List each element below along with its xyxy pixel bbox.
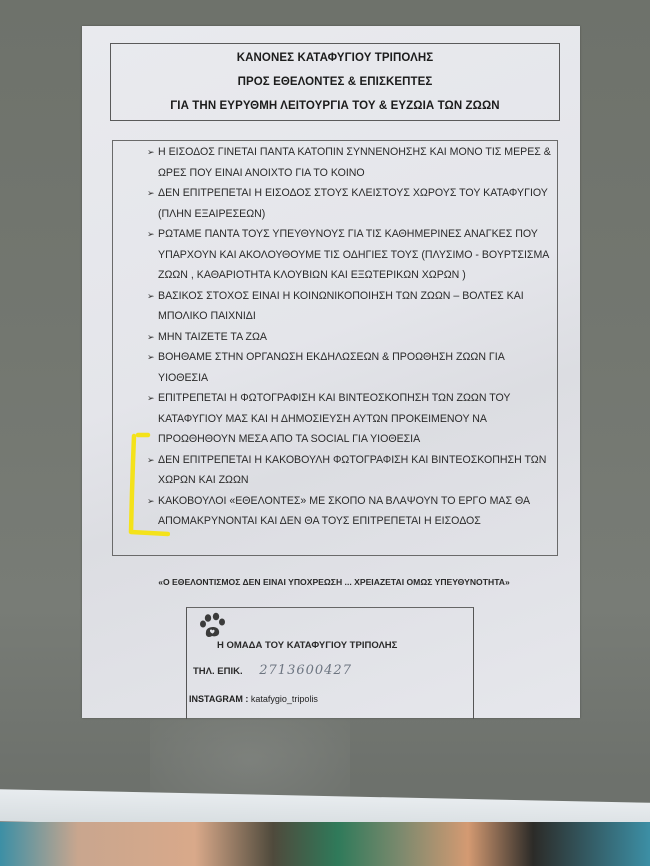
team-name: Η ΟΜΑΔΑ ΤΟΥ ΚΑΤΑΦΥΓΙΟΥ ΤΡΙΠΟΛΗΣ xyxy=(217,640,397,651)
rule-item: ➢ΔΕΝ ΕΠΙΤΡΕΠΕΤΑΙ Η ΚΑΚΟΒΟΥΛΗ ΦΩΤΟΓΡΑΦΙΣΗ… xyxy=(158,450,553,491)
rule-text: ΔΕΝ ΕΠΙΤΡΕΠΕΤΑΙ Η ΕΙΣΟΔΟΣ ΣΤΟΥΣ ΚΛΕΙΣΤΟΥ… xyxy=(158,187,548,220)
rule-item: ➢ΒΟΗΘΑΜΕ ΣΤΗΝ ΟΡΓΑΝΩΣΗ ΕΚΔΗΛΩΣΕΩΝ & ΠΡΟΩ… xyxy=(158,347,553,388)
instagram-row: INSTAGRAM : katafygio_tripolis xyxy=(189,694,318,704)
rule-text: ΚΑΚΟΒΟΥΛΟΙ «ΕΘΕΛΟΝΤΕΣ» ΜΕ ΣΚΟΠΟ ΝΑ ΒΛΑΨΟ… xyxy=(158,495,530,528)
rule-item: ➢ΚΑΚΟΒΟΥΛΟΙ «ΕΘΕΛΟΝΤΕΣ» ΜΕ ΣΚΟΠΟ ΝΑ ΒΛΑΨ… xyxy=(158,491,553,532)
arrowhead-bullet-icon: ➢ xyxy=(147,388,155,409)
rules-list: ➢Η ΕΙΣΟΔΟΣ ΓΙΝΕΤΑΙ ΠΑΝΤΑ ΚΑΤΟΠΙΝ ΣΥΝΝΕΝΟ… xyxy=(158,141,553,532)
phone-label: ΤΗΛ. ΕΠΙΚ. xyxy=(193,666,243,677)
rule-text: ΒΑΣΙΚΟΣ ΣΤΟΧΟΣ ΕΙΝΑΙ Η ΚΟΙΝΩΝΙΚΟΠΟΙΗΣΗ Τ… xyxy=(158,290,524,323)
instagram-handle: katafygio_tripolis xyxy=(251,694,318,704)
arrowhead-bullet-icon: ➢ xyxy=(147,286,155,307)
arrowhead-bullet-icon: ➢ xyxy=(147,327,155,348)
rule-text: ΔΕΝ ΕΠΙΤΡΕΠΕΤΑΙ Η ΚΑΚΟΒΟΥΛΗ ΦΩΤΟΓΡΑΦΙΣΗ … xyxy=(158,454,546,487)
rule-text: Η ΕΙΣΟΔΟΣ ΓΙΝΕΤΑΙ ΠΑΝΤΑ ΚΑΤΟΠΙΝ ΣΥΝΝΕΝΟΗ… xyxy=(158,146,551,179)
arrowhead-bullet-icon: ➢ xyxy=(147,183,155,204)
arrowhead-bullet-icon: ➢ xyxy=(147,224,155,245)
title-line-1: ΚΑΝΟΝΕΣ ΚΑΤΑΦΥΓΙΟΥ ΤΡΙΠΟΛΗΣ xyxy=(111,46,559,70)
rule-item: ➢ΒΑΣΙΚΟΣ ΣΤΟΧΟΣ ΕΙΝΑΙ Η ΚΟΙΝΩΝΙΚΟΠΟΙΗΣΗ … xyxy=(158,286,553,327)
rule-text: ΒΟΗΘΑΜΕ ΣΤΗΝ ΟΡΓΑΝΩΣΗ ΕΚΔΗΛΩΣΕΩΝ & ΠΡΟΩΘ… xyxy=(158,351,504,384)
signature-box: Η ΟΜΑΔΑ ΤΟΥ ΚΑΤΑΦΥΓΙΟΥ ΤΡΙΠΟΛΗΣ ΤΗΛ. ΕΠΙ… xyxy=(186,607,474,719)
arrowhead-bullet-icon: ➢ xyxy=(147,347,155,368)
title-box: ΚΑΝΟΝΕΣ ΚΑΤΑΦΥΓΙΟΥ ΤΡΙΠΟΛΗΣ ΠΡΟΣ ΕΘΕΛΟΝΤ… xyxy=(110,43,560,121)
title-line-2: ΠΡΟΣ ΕΘΕΛΟΝΤΕΣ & ΕΠΙΣΚΕΠΤΕΣ xyxy=(111,70,559,94)
rule-item: ➢ΜΗΝ ΤΑΙΖΕΤΕ ΤΑ ΖΩΑ xyxy=(158,327,553,348)
rule-item: ➢Η ΕΙΣΟΔΟΣ ΓΙΝΕΤΑΙ ΠΑΝΤΑ ΚΑΤΟΠΙΝ ΣΥΝΝΕΝΟ… xyxy=(158,142,553,183)
rule-text: ΜΗΝ ΤΑΙΖΕΤΕ ΤΑ ΖΩΑ xyxy=(158,331,267,343)
paw-print-icon xyxy=(199,612,229,642)
rule-text: ΡΩΤΑΜΕ ΠΑΝΤΑ ΤΟΥΣ ΥΠΕΥΘΥΝΟΥΣ ΓΙΑ ΤΙΣ ΚΑΘ… xyxy=(158,228,549,281)
rules-box: ➢Η ΕΙΣΟΔΟΣ ΓΙΝΕΤΑΙ ΠΑΝΤΑ ΚΑΤΟΠΙΝ ΣΥΝΝΕΝΟ… xyxy=(112,140,558,556)
phone-number: 2713600427 xyxy=(259,663,352,678)
arrowhead-bullet-icon: ➢ xyxy=(147,142,155,163)
rule-text: ΕΠΙΤΡΕΠΕΤΑΙ Η ΦΩΤΟΓΡΑΦΙΣΗ ΚΑΙ ΒΙΝΤΕΟΣΚΟΠ… xyxy=(158,392,510,445)
yellow-highlight-bracket xyxy=(128,432,170,540)
title-line-3: ΓΙΑ ΤΗΝ ΕΥΡΥΘΜΗ ΛΕΙΤΟΥΡΓΙΑ ΤΟΥ & ΕΥΖΩΙΑ … xyxy=(111,94,559,118)
rule-item: ➢ΡΩΤΑΜΕ ΠΑΝΤΑ ΤΟΥΣ ΥΠΕΥΘΥΝΟΥΣ ΓΙΑ ΤΙΣ ΚΑ… xyxy=(158,224,553,286)
rule-item: ➢ΔΕΝ ΕΠΙΤΡΕΠΕΤΑΙ Η ΕΙΣΟΔΟΣ ΣΤΟΥΣ ΚΛΕΙΣΤΟ… xyxy=(158,183,553,224)
instagram-label: INSTAGRAM : xyxy=(189,694,248,704)
motto-quote: «Ο ΕΘΕΛΟΝΤΙΣΜΟΣ ΔΕΝ ΕΙΝΑΙ ΥΠΟΧΡΕΩΣΗ ... … xyxy=(112,577,556,587)
background-strip xyxy=(0,822,650,866)
phone-row: ΤΗΛ. ΕΠΙΚ. 2713600427 xyxy=(193,663,352,678)
rule-item: ➢ΕΠΙΤΡΕΠΕΤΑΙ Η ΦΩΤΟΓΡΑΦΙΣΗ ΚΑΙ ΒΙΝΤΕΟΣΚΟ… xyxy=(158,388,553,450)
